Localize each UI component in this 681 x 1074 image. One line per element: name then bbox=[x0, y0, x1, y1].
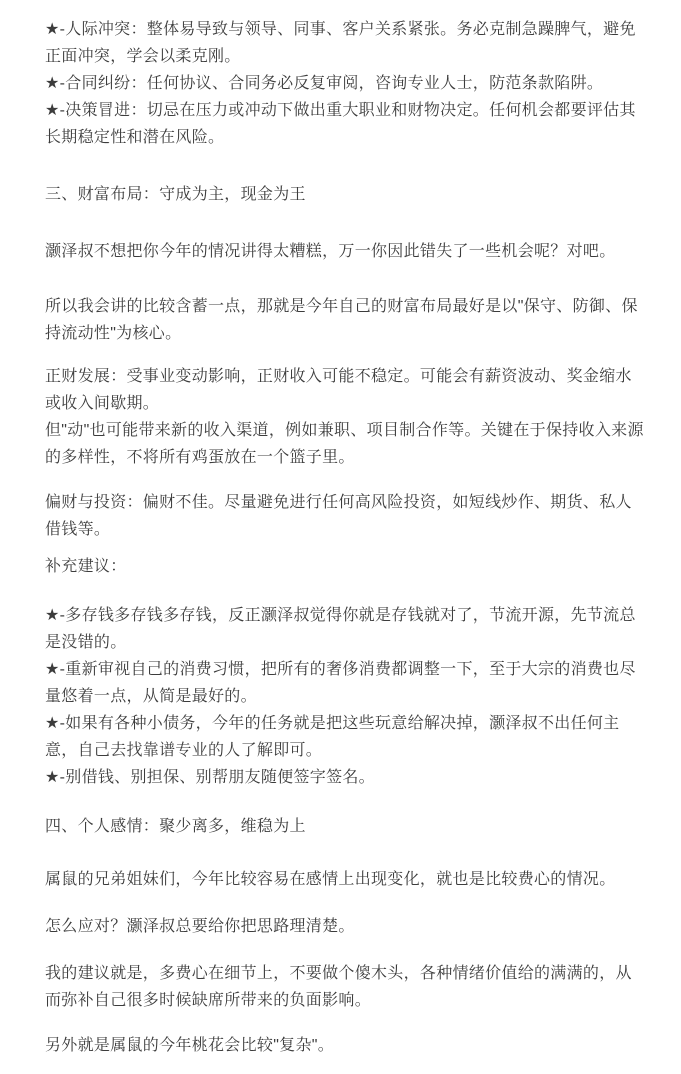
advice-bullet-no-lending: ★-别借钱、别担保、别帮朋友随便签字签名。 bbox=[45, 764, 645, 791]
regular-income-line-1: 正财发展：受事业变动影响，正财收入可能不稳定。可能会有薪资波动、奖金缩水或收入间… bbox=[45, 363, 645, 417]
advice-bullet-spending-habits: ★-重新审视自己的消费习惯，把所有的奢侈消费都调整一下，至于大宗的消费也尽量悠着… bbox=[45, 656, 645, 710]
paragraph-love-overview: 属鼠的兄弟姐妹们，今年比较容易在感情上出现变化，就也是比较费心的情况。 bbox=[45, 866, 645, 893]
supplement-advice-list: ★-多存钱多存钱多存钱，反正灏泽叔觉得你就是存钱就对了，节流开源，先节流总是没错… bbox=[45, 602, 645, 791]
supplement-advice-label: 补充建议： bbox=[45, 553, 645, 580]
risk-bullet-contract-dispute: ★-合同纠纷：任何协议、合同务必反复审阅，咨询专业人士，防范条款陷阱。 bbox=[45, 70, 645, 97]
risk-bullet-interpersonal-conflict: ★-人际冲突：整体易导致与领导、同事、客户关系紧张。务必克制急躁脾气，避免正面冲… bbox=[45, 16, 645, 70]
paragraph-regular-income: 正财发展：受事业变动影响，正财收入可能不稳定。可能会有薪资波动、奖金缩水或收入间… bbox=[45, 363, 645, 471]
paragraph-love-peach-blossom: 另外就是属鼠的今年桃花会比较"复杂"。 bbox=[45, 1032, 645, 1059]
paragraph-wealth-strategy: 所以我会讲的比较含蓄一点，那就是今年自己的财富布局最好是以"保守、防御、保持流动… bbox=[45, 293, 645, 347]
advice-bullet-save-money: ★-多存钱多存钱多存钱，反正灏泽叔觉得你就是存钱就对了，节流开源，先节流总是没错… bbox=[45, 602, 645, 656]
paragraph-love-howto: 怎么应对？灏泽叔总要给你把思路理清楚。 bbox=[45, 913, 645, 940]
paragraph-love-advice: 我的建议就是，多费心在细节上，不要做个傻木头，各种情绪价值给的满满的，从而弥补自… bbox=[45, 960, 645, 1014]
advice-bullet-clear-debts: ★-如果有各种小债务，今年的任务就是把这些玩意给解决掉，灏泽叔不出任何主意，自己… bbox=[45, 710, 645, 764]
risk-bullet-rash-decision: ★-决策冒进：切忌在压力或冲动下做出重大职业和财物决定。任何机会都要评估其长期稳… bbox=[45, 97, 645, 151]
section-heading-love: 四、个人感情：聚少离多，维稳为上 bbox=[45, 813, 645, 840]
paragraph-wealth-intro: 灏泽叔不想把你今年的情况讲得太糟糕，万一你因此错失了一些机会呢？对吧。 bbox=[45, 238, 645, 265]
regular-income-line-2: 但"动"也可能带来新的收入渠道，例如兼职、项目制合作等。关键在于保持收入来源的多… bbox=[45, 417, 645, 471]
section-heading-wealth: 三、财富布局：守成为主，现金为王 bbox=[45, 181, 645, 208]
paragraph-windfall-investment: 偏财与投资：偏财不佳。尽量避免进行任何高风险投资，如短线炒作、期货、私人借钱等。 bbox=[45, 489, 645, 543]
risk-warning-list: ★-人际冲突：整体易导致与领导、同事、客户关系紧张。务必克制急躁脾气，避免正面冲… bbox=[45, 16, 645, 151]
article-page: ★-人际冲突：整体易导致与领导、同事、客户关系紧张。务必克制急躁脾气，避免正面冲… bbox=[0, 0, 681, 1074]
